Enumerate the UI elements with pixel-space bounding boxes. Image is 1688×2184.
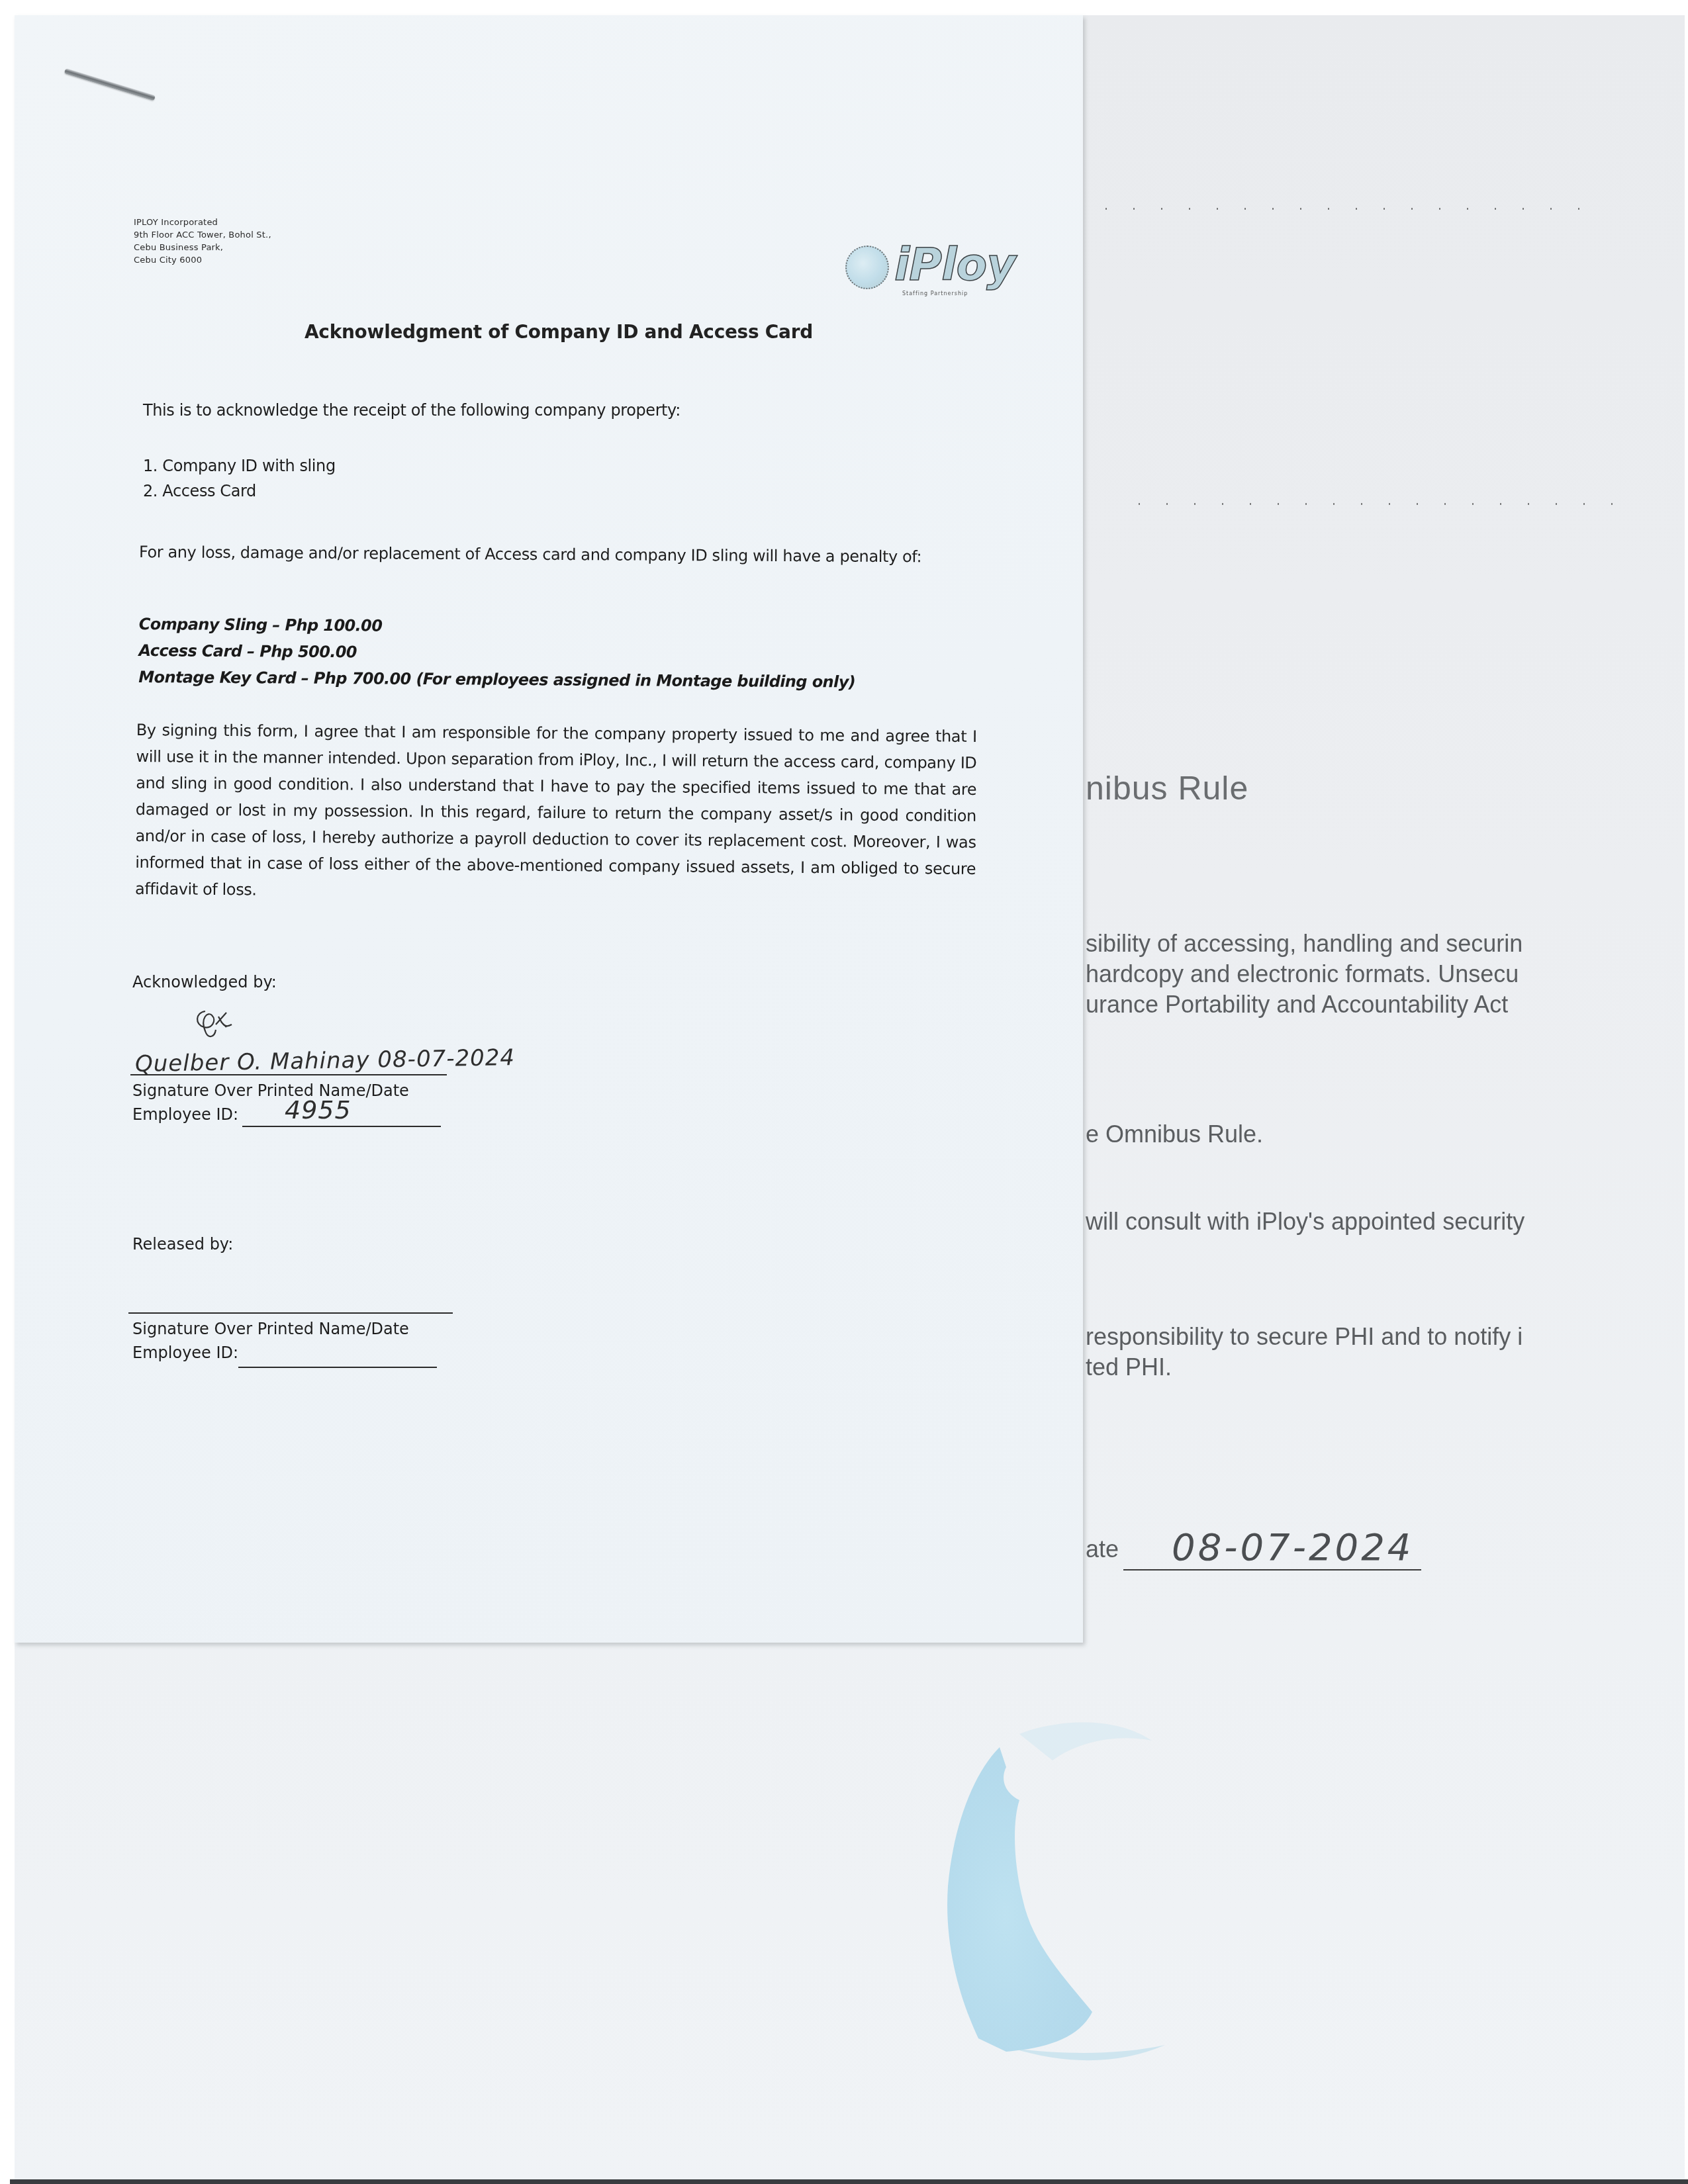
address-line: IPLOY Incorporated <box>134 216 271 229</box>
company-logo: iPloy Staffing Partnership <box>839 234 1037 306</box>
back-page-text-line: urance Portability and Accountability Ac… <box>1086 989 1508 1021</box>
penalty-note: For any loss, damage and/or replacement … <box>139 539 993 570</box>
back-page-heading: nibus Rule <box>1086 769 1248 807</box>
list-item: 1. Company ID with sling <box>143 453 336 478</box>
employee-id-value: 4955 <box>285 1095 352 1124</box>
penalty-item: Montage Key Card – Php 700.00 (For emplo… <box>138 664 855 696</box>
employee-id-line <box>242 1126 441 1127</box>
intro-text: This is to acknowledge the receipt of th… <box>143 398 680 423</box>
employee-id-label: Employee ID: <box>132 1102 238 1127</box>
logo-tagline: Staffing Partnership <box>902 291 968 296</box>
scanned-document: nibus Rule sibility of accessing, handli… <box>0 0 1688 2184</box>
employee-id-line <box>238 1367 437 1368</box>
logo-wordmark: iPloy <box>894 239 1015 292</box>
signature-scribble-icon <box>192 1005 238 1044</box>
signature-caption: Signature Over Printed Name/Date <box>132 1078 409 1103</box>
property-list: 1. Company ID with sling 2. Access Card <box>143 453 336 504</box>
address-line: Cebu Business Park, <box>134 242 271 254</box>
back-page-date-line <box>1123 1569 1421 1570</box>
back-page-text-line: hardcopy and electronic formats. Unsecu <box>1086 958 1519 990</box>
back-page-text-line: sibility of accessing, handling and secu… <box>1086 928 1523 960</box>
handwritten-name-date: Quelber O. Mahinay 08-07-2024 <box>135 1044 516 1077</box>
address-line: 9th Floor ACC Tower, Bohol St., <box>134 229 271 242</box>
globe-watermark-icon <box>900 1668 1271 2078</box>
terms-paragraph: By signing this form, I agree that I am … <box>135 717 977 909</box>
faint-print-dots <box>1125 503 1615 505</box>
front-page-acknowledgment-form: IPLOY Incorporated 9th Floor ACC Tower, … <box>15 15 1083 1643</box>
back-page-date-label: ate <box>1086 1535 1119 1563</box>
penalty-list: Company Sling – Php 100.00 Access Card –… <box>138 611 856 696</box>
signature-line <box>128 1312 453 1314</box>
list-item: 2. Access Card <box>143 478 336 504</box>
released-by-label: Released by: <box>132 1232 233 1257</box>
globe-icon <box>845 246 889 289</box>
signature-caption: Signature Over Printed Name/Date <box>132 1316 409 1342</box>
back-page-text-line: responsibility to secure PHI and to noti… <box>1086 1321 1523 1353</box>
document-title: Acknowledgment of Company ID and Access … <box>305 321 813 343</box>
acknowledged-by-label: Acknowledged by: <box>132 970 277 995</box>
scanner-edge <box>10 2179 1688 2184</box>
back-page-text-line: e Omnibus Rule. <box>1086 1118 1263 1150</box>
company-address: IPLOY Incorporated 9th Floor ACC Tower, … <box>134 216 271 267</box>
employee-id-label: Employee ID: <box>132 1340 238 1365</box>
signature-line <box>130 1074 447 1075</box>
back-page-handwritten-date: 08-07-2024 <box>1172 1526 1413 1569</box>
faint-print-dots <box>1092 208 1582 210</box>
address-line: Cebu City 6000 <box>134 254 271 267</box>
back-page-text-line: will consult with iPloy's appointed secu… <box>1086 1206 1524 1238</box>
back-page-text-line: ted PHI. <box>1086 1351 1172 1383</box>
